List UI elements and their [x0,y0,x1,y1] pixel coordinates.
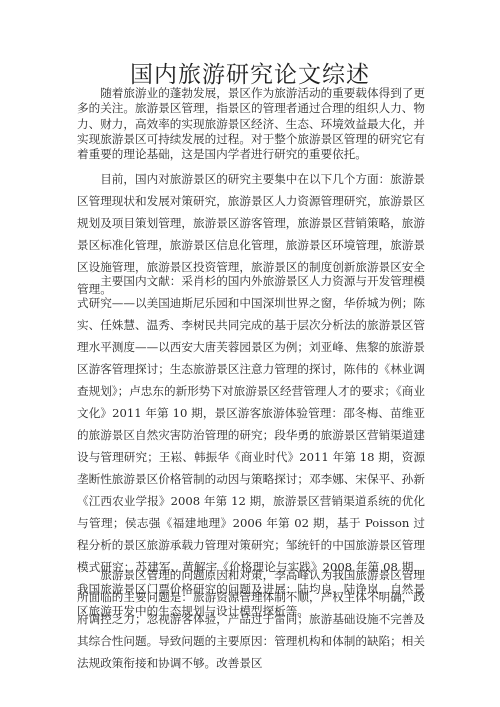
paragraph-problems: 旅游景区管理的问题原因和对策，李高峰认为我国旅游景区管理所面临的主要问题是：旅游… [77,564,425,674]
document-title: 国内旅游研究论文综述 [0,56,500,89]
paragraph-introduction: 随着旅游业的蓬勃发展，景区作为旅游活动的重要载体得到了更多的关注。旅游景区管理，… [77,86,425,162]
